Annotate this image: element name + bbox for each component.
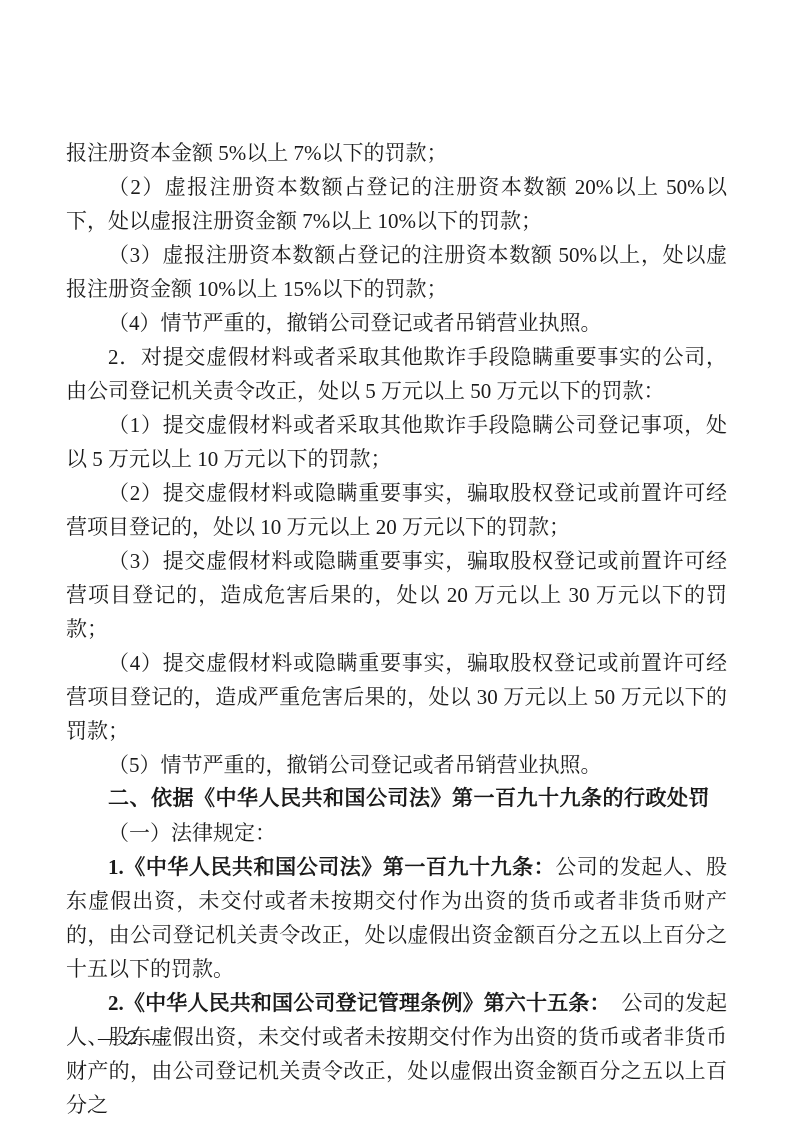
list-item-paragraph: （2）提交虚假材料或隐瞒重要事实，骗取股权登记或前置许可经营项目登记的，处以 1… [66,476,727,544]
document-body: 报注册资本金额 5%以上 7%以下的罚款；（2）虚报注册资本数额占登记的注册资本… [66,136,727,1122]
section-heading: 二、依据《中华人民共和国公司法》第一百九十九条的行政处罚 [66,782,727,816]
subsection-heading: （一）法律规定： [66,816,727,850]
law-citation-paragraph: 1.《中华人民共和国公司法》第一百九十九条：公司的发起人、股东虚假出资，未交付或… [66,850,727,986]
continued-paragraph: 报注册资本金额 5%以上 7%以下的罚款； [66,136,727,170]
list-item-paragraph: （3）虚报注册资本数额占登记的注册资本数额 50%以上，处以虚报注册资金额 10… [66,238,727,306]
list-item-paragraph: （3）提交虚假材料或隐瞒重要事实，骗取股权登记或前置许可经营项目登记的，造成危害… [66,544,727,646]
list-item-paragraph: （1）提交虚假材料或者采取其他欺诈手段隐瞒公司登记事项，处以 5 万元以上 10… [66,408,727,476]
list-item-paragraph: （2）虚报注册资本数额占登记的注册资本数额 20%以上 50%以下，处以虚报注册… [66,170,727,238]
list-item-paragraph: （4）提交虚假材料或隐瞒重要事实，骗取股权登记或前置许可经营项目登记的，造成严重… [66,646,727,748]
document-page: 报注册资本金额 5%以上 7%以下的罚款；（2）虚报注册资本数额占登记的注册资本… [0,0,793,1122]
numbered-paragraph: 2．对提交虚假材料或者采取其他欺诈手段隐瞒重要事实的公司，由公司登记机关责令改正… [66,340,727,408]
list-item-paragraph: （5）情节严重的，撤销公司登记或者吊销营业执照。 [66,748,727,782]
law-citation-lead: 1.《中华人民共和国公司法》第一百九十九条： [108,855,555,879]
list-item-paragraph: （4）情节严重的，撤销公司登记或者吊销营业执照。 [66,306,727,340]
page-number: — 2 — [98,1026,168,1050]
law-citation-paragraph: 2.《中华人民共和国公司登记管理条例》第六十五条： 公司的发起人、股东虚假出资，… [66,986,727,1122]
law-citation-lead: 2.《中华人民共和国公司登记管理条例》第六十五条： [108,991,611,1015]
